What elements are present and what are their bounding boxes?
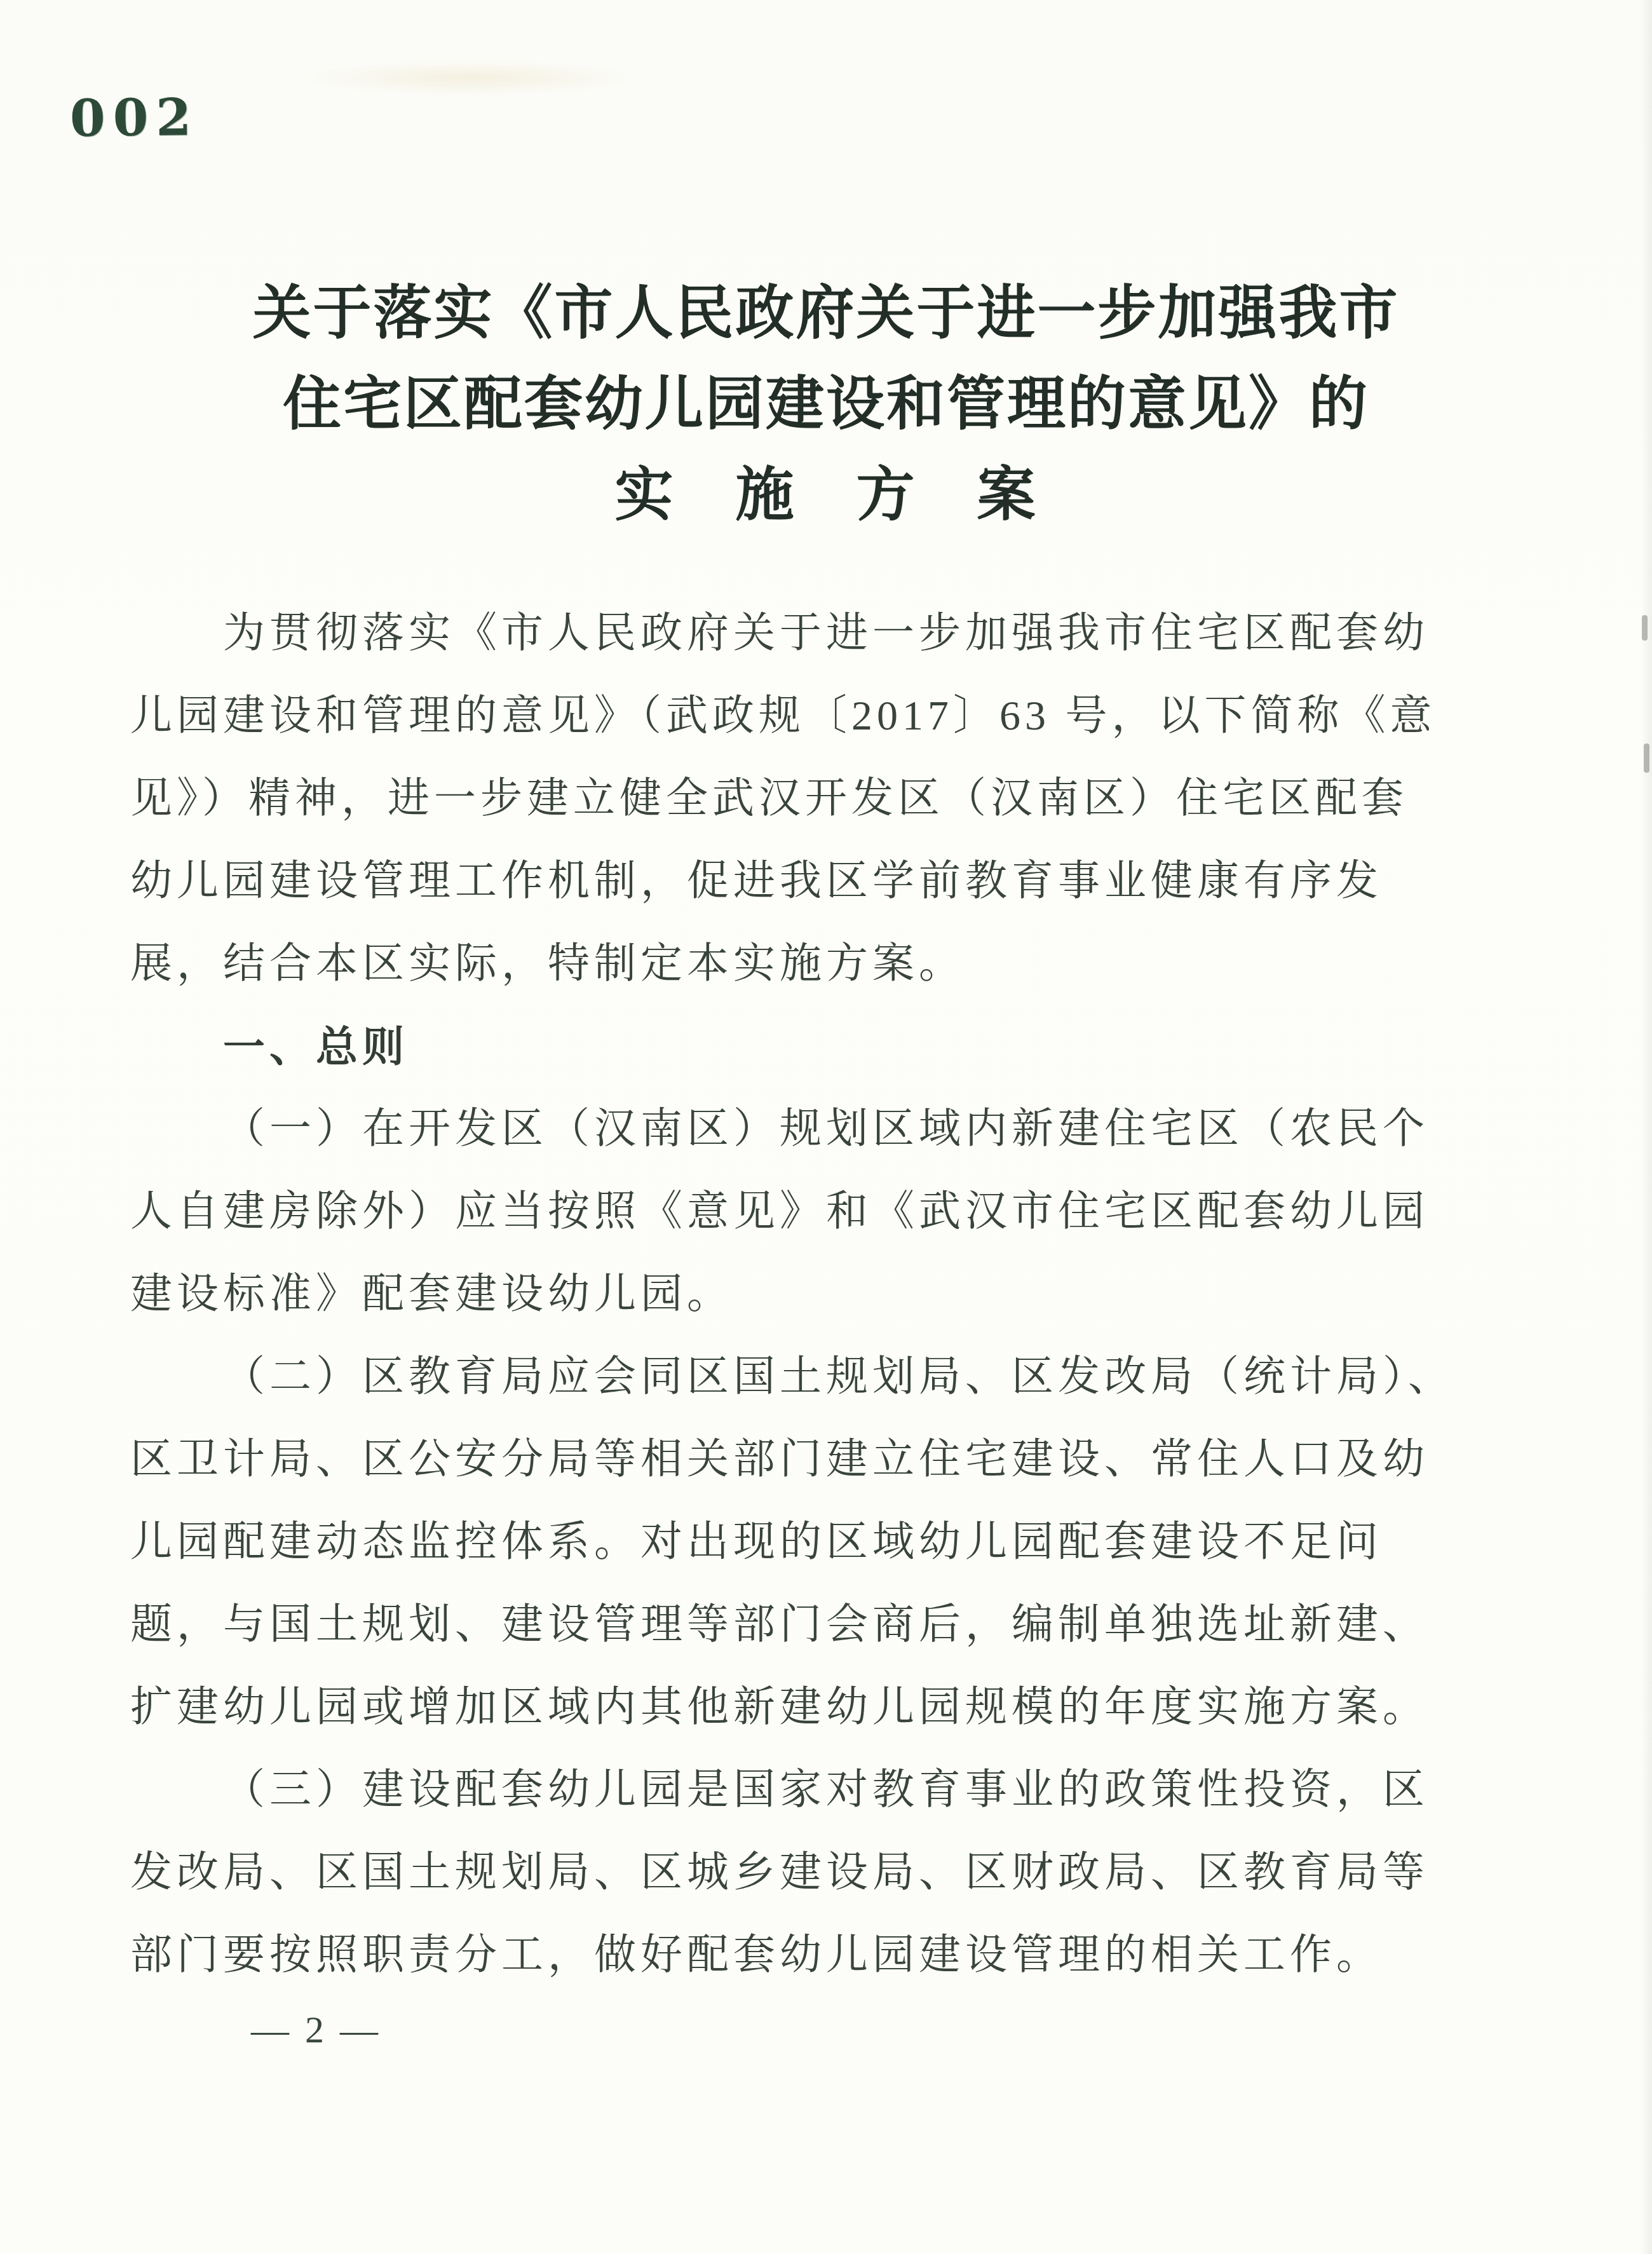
section-heading-general-rules: 一、总则 — [130, 1005, 1496, 1088]
scan-edge-shadow — [1641, 0, 1652, 2254]
page-number: — 2 — — [251, 2008, 381, 2052]
scan-smudge — [305, 60, 635, 95]
document-body: 为贯彻落实《市人民政府关于进一步加强我市住宅区配套幼 儿园建设和管理的意见》（武… — [130, 592, 1496, 1997]
title-line-2: 住宅区配套幼儿园建设和管理的意见》的 — [127, 359, 1525, 450]
title-line-1: 关于落实《市人民政府关于进一步加强我市 — [127, 268, 1525, 359]
document-page: 002 关于落实《市人民政府关于进一步加强我市 住宅区配套幼儿园建设和管理的意见… — [0, 0, 1652, 2254]
paragraph-item-3: （三）建设配套幼儿园是国家对教育事业的政策性投资，区 发改局、区国土规划局、区城… — [130, 1749, 1496, 1997]
document-title: 关于落实《市人民政府关于进一步加强我市 住宅区配套幼儿园建设和管理的意见》的 实… — [127, 268, 1525, 541]
paragraph-item-1: （一）在开发区（汉南区）规划区域内新建住宅区（农民个 人自建房除外）应当按照《意… — [130, 1088, 1496, 1336]
page-stamp: 002 — [70, 87, 200, 148]
paragraph-item-2: （二）区教育局应会同区国土规划局、区发改局（统计局）、 区卫计局、区公安分局等相… — [130, 1336, 1496, 1749]
paragraph-intro: 为贯彻落实《市人民政府关于进一步加强我市住宅区配套幼 儿园建设和管理的意见》（武… — [130, 592, 1496, 1005]
title-line-3: 实 施 方 案 — [127, 450, 1525, 541]
